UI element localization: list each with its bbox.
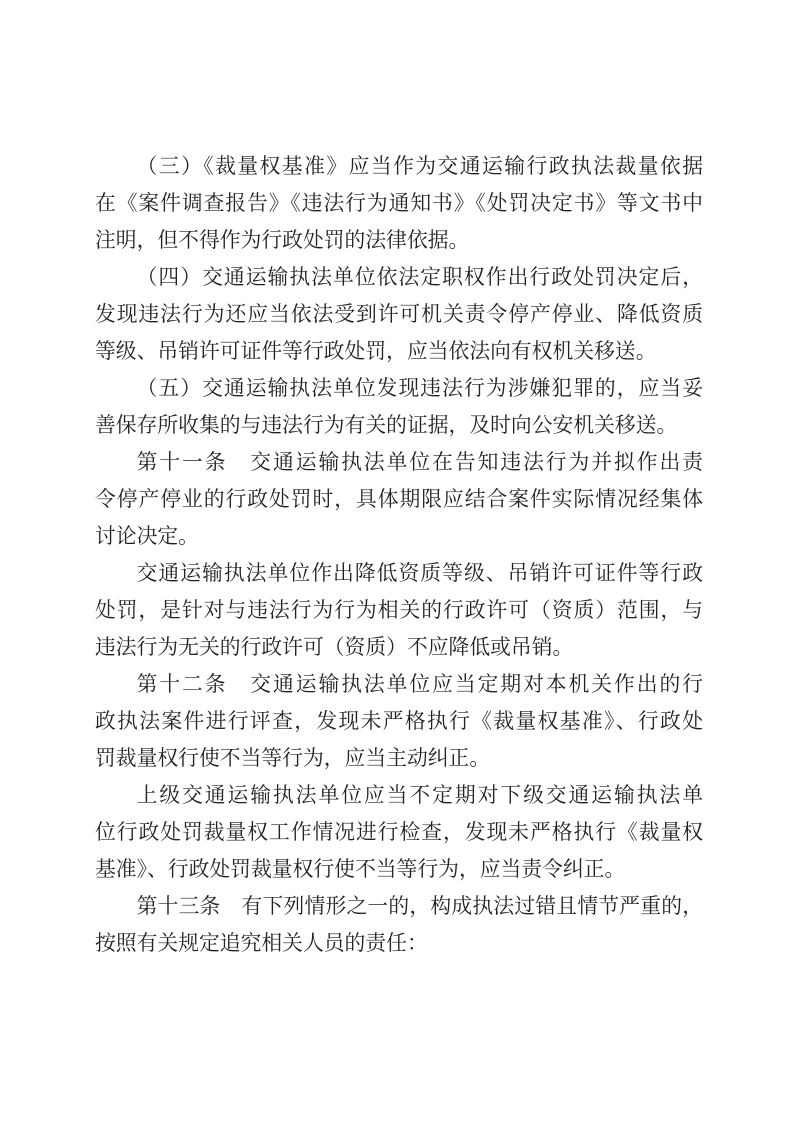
paragraph: 第十一条 交通运输执法单位在告知违法行为并拟作出责令停产停业的行政处罚时，具体期…	[95, 444, 703, 555]
paragraph: （三）《裁量权基准》应当作为交通运输行政执法裁量依据在《案件调查报告》《违法行为…	[95, 148, 703, 259]
text-line: 处罚，是针对与违法行为行为相关的行政许可（资质）范围，与	[95, 592, 703, 629]
text-line: 发现违法行为还应当依法受到许可机关责令停产停业、降低资质	[95, 296, 703, 333]
paragraph: 第十二条 交通运输执法单位应当定期对本机关作出的行政执法案件进行评查，发现未严格…	[95, 666, 703, 777]
text-line: 在《案件调查报告》《违法行为通知书》《处罚决定书》等文书中	[95, 185, 703, 222]
paragraph: （四）交通运输执法单位依法定职权作出行政处罚决定后，发现违法行为还应当依法受到许…	[95, 259, 703, 370]
paragraph: 上级交通运输执法单位应当不定期对下级交通运输执法单位行政处罚裁量权工作情况进行检…	[95, 777, 703, 888]
text-line: 按照有关规定追究相关人员的责任：	[95, 925, 703, 962]
text-line: 注明，但不得作为行政处罚的法律依据。	[95, 222, 703, 259]
text-line: 基准》、行政处罚裁量权行使不当等行为，应当责令纠正。	[95, 851, 703, 888]
text-line: 第十二条 交通运输执法单位应当定期对本机关作出的行	[95, 666, 703, 703]
text-line: 罚裁量权行使不当等行为，应当主动纠正。	[95, 740, 703, 777]
text-line: （四）交通运输执法单位依法定职权作出行政处罚决定后，	[95, 259, 703, 296]
text-line: （三）《裁量权基准》应当作为交通运输行政执法裁量依据	[95, 148, 703, 185]
text-line: 第十三条 有下列情形之一的，构成执法过错且情节严重的，	[95, 888, 703, 925]
paragraph: 第十三条 有下列情形之一的，构成执法过错且情节严重的，按照有关规定追究相关人员的…	[95, 888, 703, 962]
paragraph: （五）交通运输执法单位发现违法行为涉嫌犯罪的，应当妥善保存所收集的与违法行为有关…	[95, 370, 703, 444]
text-line: 政执法案件进行评查，发现未严格执行《裁量权基准》、行政处	[95, 703, 703, 740]
text-line: 令停产停业的行政处罚时，具体期限应结合案件实际情况经集体	[95, 481, 703, 518]
document-page: （三）《裁量权基准》应当作为交通运输行政执法裁量依据在《案件调查报告》《违法行为…	[0, 0, 793, 1122]
text-line: （五）交通运输执法单位发现违法行为涉嫌犯罪的，应当妥	[95, 370, 703, 407]
text-line: 违法行为无关的行政许可（资质）不应降低或吊销。	[95, 629, 703, 666]
text-line: 善保存所收集的与违法行为有关的证据，及时向公安机关移送。	[95, 407, 703, 444]
text-line: 等级、吊销许可证件等行政处罚，应当依法向有权机关移送。	[95, 333, 703, 370]
document-body: （三）《裁量权基准》应当作为交通运输行政执法裁量依据在《案件调查报告》《违法行为…	[95, 148, 703, 962]
text-line: 第十一条 交通运输执法单位在告知违法行为并拟作出责	[95, 444, 703, 481]
text-line: 讨论决定。	[95, 518, 703, 555]
text-line: 位行政处罚裁量权工作情况进行检查，发现未严格执行《裁量权	[95, 814, 703, 851]
paragraph: 交通运输执法单位作出降低资质等级、吊销许可证件等行政处罚，是针对与违法行为行为相…	[95, 555, 703, 666]
text-line: 交通运输执法单位作出降低资质等级、吊销许可证件等行政	[95, 555, 703, 592]
text-line: 上级交通运输执法单位应当不定期对下级交通运输执法单	[95, 777, 703, 814]
